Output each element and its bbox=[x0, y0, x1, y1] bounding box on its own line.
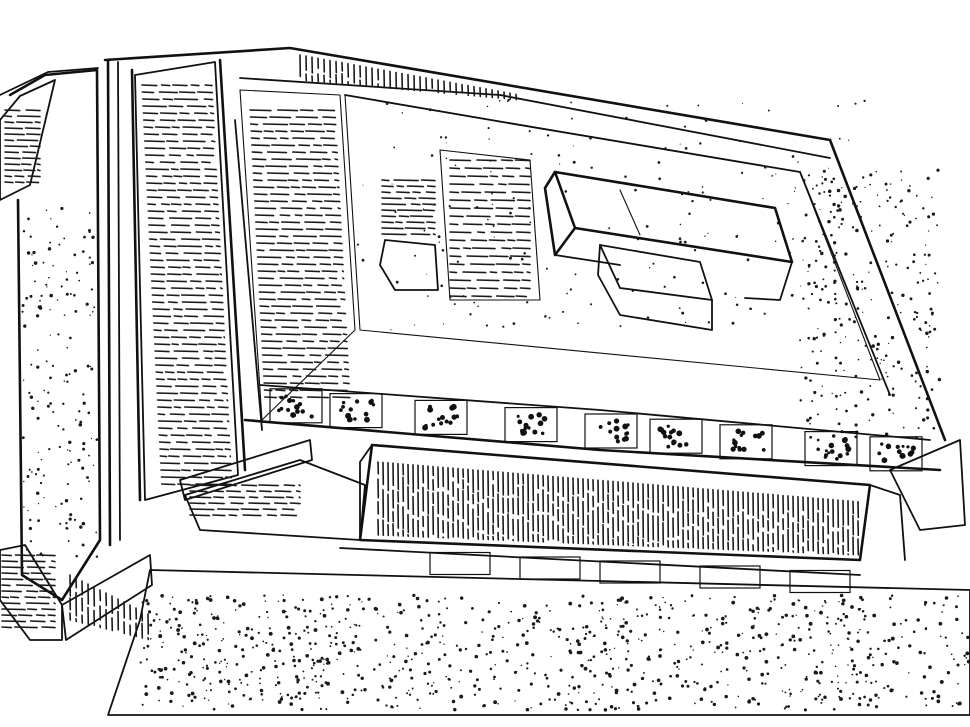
rear-hall bbox=[598, 245, 712, 330]
illustration-canvas bbox=[0, 0, 970, 727]
compound-drawing bbox=[0, 0, 970, 727]
side-pavilion bbox=[380, 150, 540, 300]
outer-wall-left bbox=[108, 60, 140, 545]
outer-wall-right bbox=[799, 140, 945, 441]
courtyard bbox=[345, 95, 880, 380]
ground-plaza bbox=[108, 570, 970, 715]
front-gate-hall bbox=[340, 445, 905, 593]
corridor-hatched-left bbox=[135, 62, 238, 500]
main-hall bbox=[545, 172, 792, 300]
gate-tower-left bbox=[0, 68, 100, 600]
